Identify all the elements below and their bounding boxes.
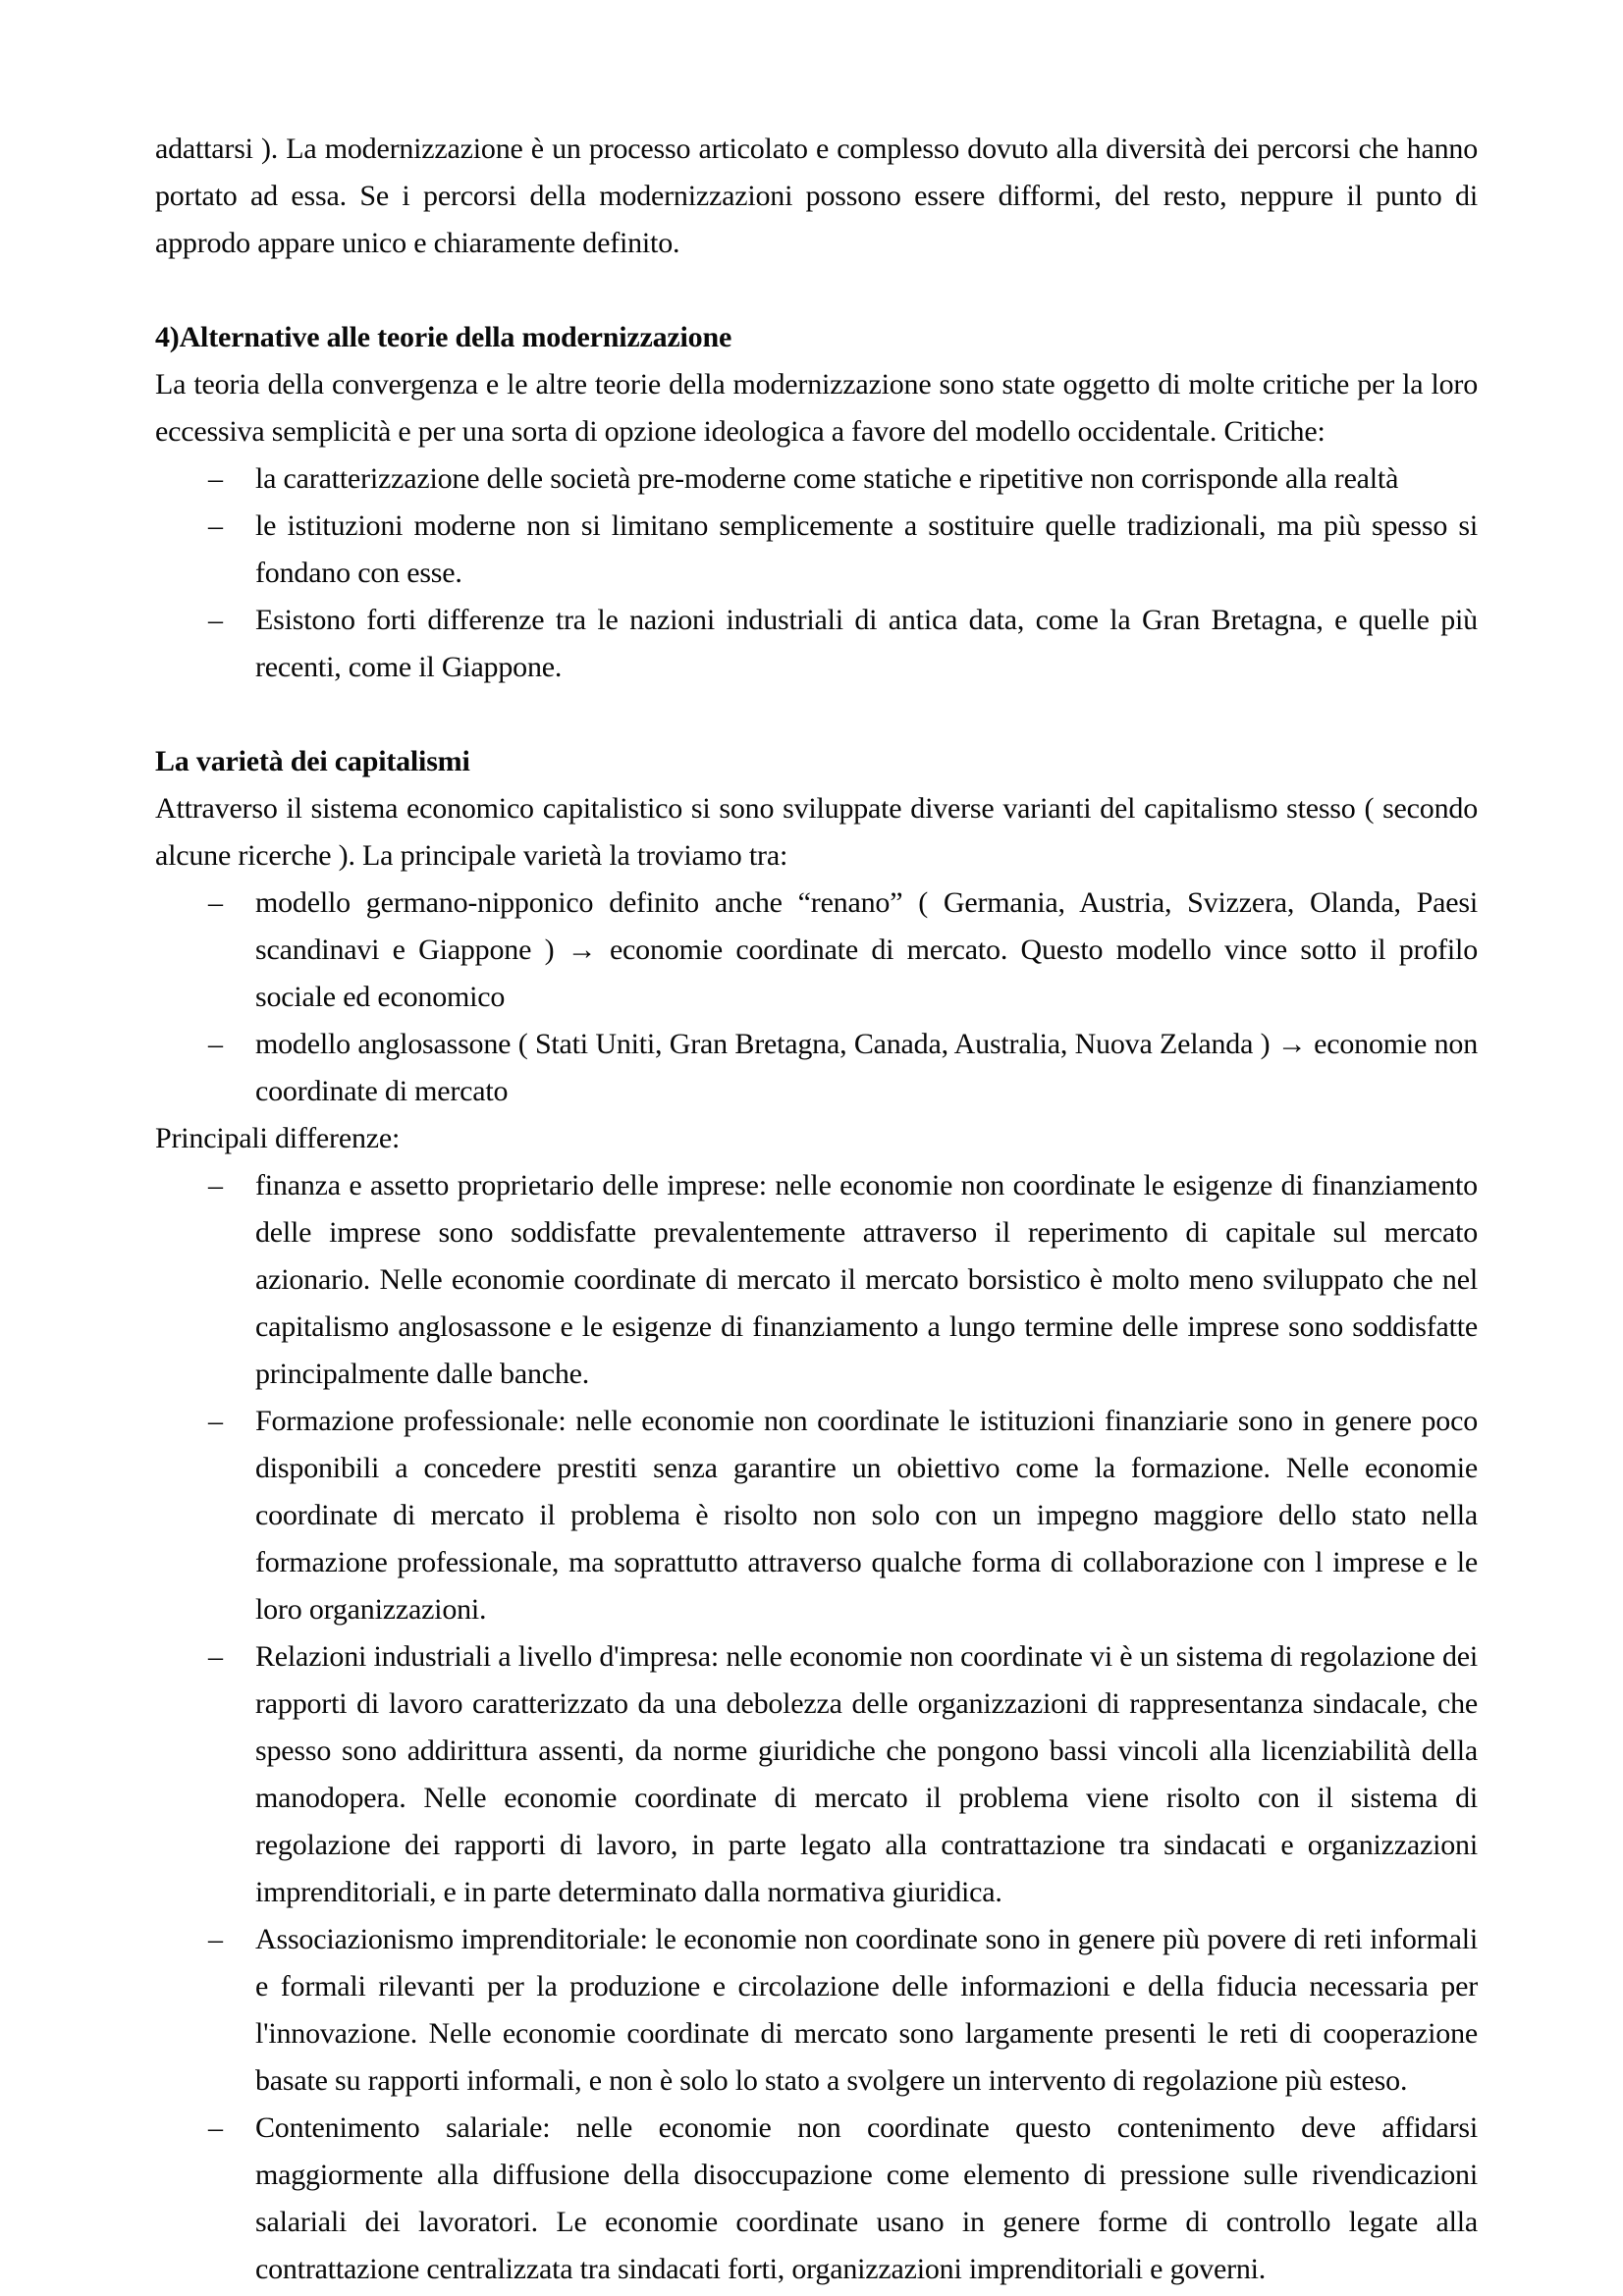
document-page-body: { "page": { "background_color": "#ffffff…: [0, 0, 1623, 2296]
list-item-text: Associazionismo imprenditoriale: le econ…: [255, 1923, 1478, 2097]
list-item-text: modello germano-nipponico definito anche…: [255, 886, 1478, 1013]
list-item-text: Contenimento salariale: nelle economie n…: [255, 2111, 1478, 2285]
list-item-text: modello anglosassone ( Stati Uniti, Gran…: [255, 1028, 1478, 1107]
list-item: –Formazione professionale: nelle economi…: [155, 1398, 1478, 1633]
paragraph: Attraverso il sistema economico capitali…: [155, 785, 1478, 880]
list-item-text: le istituzioni moderne non si limitano s…: [255, 509, 1478, 589]
list-item: –Relazioni industriali a livello d'impre…: [155, 1633, 1478, 1916]
bullet-dash-marker: –: [208, 880, 223, 927]
list-item: –modello germano-nipponico definito anch…: [155, 880, 1478, 1021]
bullet-dash-marker: –: [208, 2105, 223, 2152]
bullet-list: –la caratterizzazione delle società pre-…: [155, 455, 1478, 691]
bullet-dash-marker: –: [208, 1398, 223, 1445]
bullet-list: –modello germano-nipponico definito anch…: [155, 880, 1478, 1115]
list-item-text: finanza e assetto proprietario delle imp…: [255, 1169, 1478, 1390]
list-item: –Esistono forti differenze tra le nazion…: [155, 597, 1478, 691]
section-heading: La varietà dei capitalismi: [155, 738, 1478, 785]
paragraph: Principali differenze:: [155, 1115, 1478, 1162]
bullet-dash-marker: –: [208, 597, 223, 644]
bullet-dash-marker: –: [208, 1916, 223, 1963]
bullet-list: –finanza e assetto proprietario delle im…: [155, 1162, 1478, 2293]
list-item: –finanza e assetto proprietario delle im…: [155, 1162, 1478, 1398]
list-item-text: Formazione professionale: nelle economie…: [255, 1405, 1478, 1626]
bullet-dash-marker: –: [208, 1021, 223, 1068]
list-item-text: Esistono forti differenze tra le nazioni…: [255, 604, 1478, 683]
list-item-text: la caratterizzazione delle società pre-m…: [255, 462, 1398, 495]
list-item: –modello anglosassone ( Stati Uniti, Gra…: [155, 1021, 1478, 1115]
list-item: –le istituzioni moderne non si limitano …: [155, 503, 1478, 597]
section-heading: 4)Alternative alle teorie della moderniz…: [155, 314, 1478, 361]
list-item: –Contenimento salariale: nelle economie …: [155, 2105, 1478, 2293]
bullet-dash-marker: –: [208, 503, 223, 550]
list-item-text: Relazioni industriali a livello d'impres…: [255, 1640, 1478, 1908]
bullet-dash-marker: –: [208, 1633, 223, 1681]
document-page: adattarsi ). La modernizzazione è un pro…: [0, 0, 1623, 2296]
list-item: –la caratterizzazione delle società pre-…: [155, 455, 1478, 503]
paragraph: La teoria della convergenza e le altre t…: [155, 361, 1478, 455]
bullet-dash-marker: –: [208, 1162, 223, 1209]
bullet-dash-marker: –: [208, 455, 223, 503]
list-item: –Associazionismo imprenditoriale: le eco…: [155, 1916, 1478, 2105]
paragraph: adattarsi ). La modernizzazione è un pro…: [155, 126, 1478, 267]
